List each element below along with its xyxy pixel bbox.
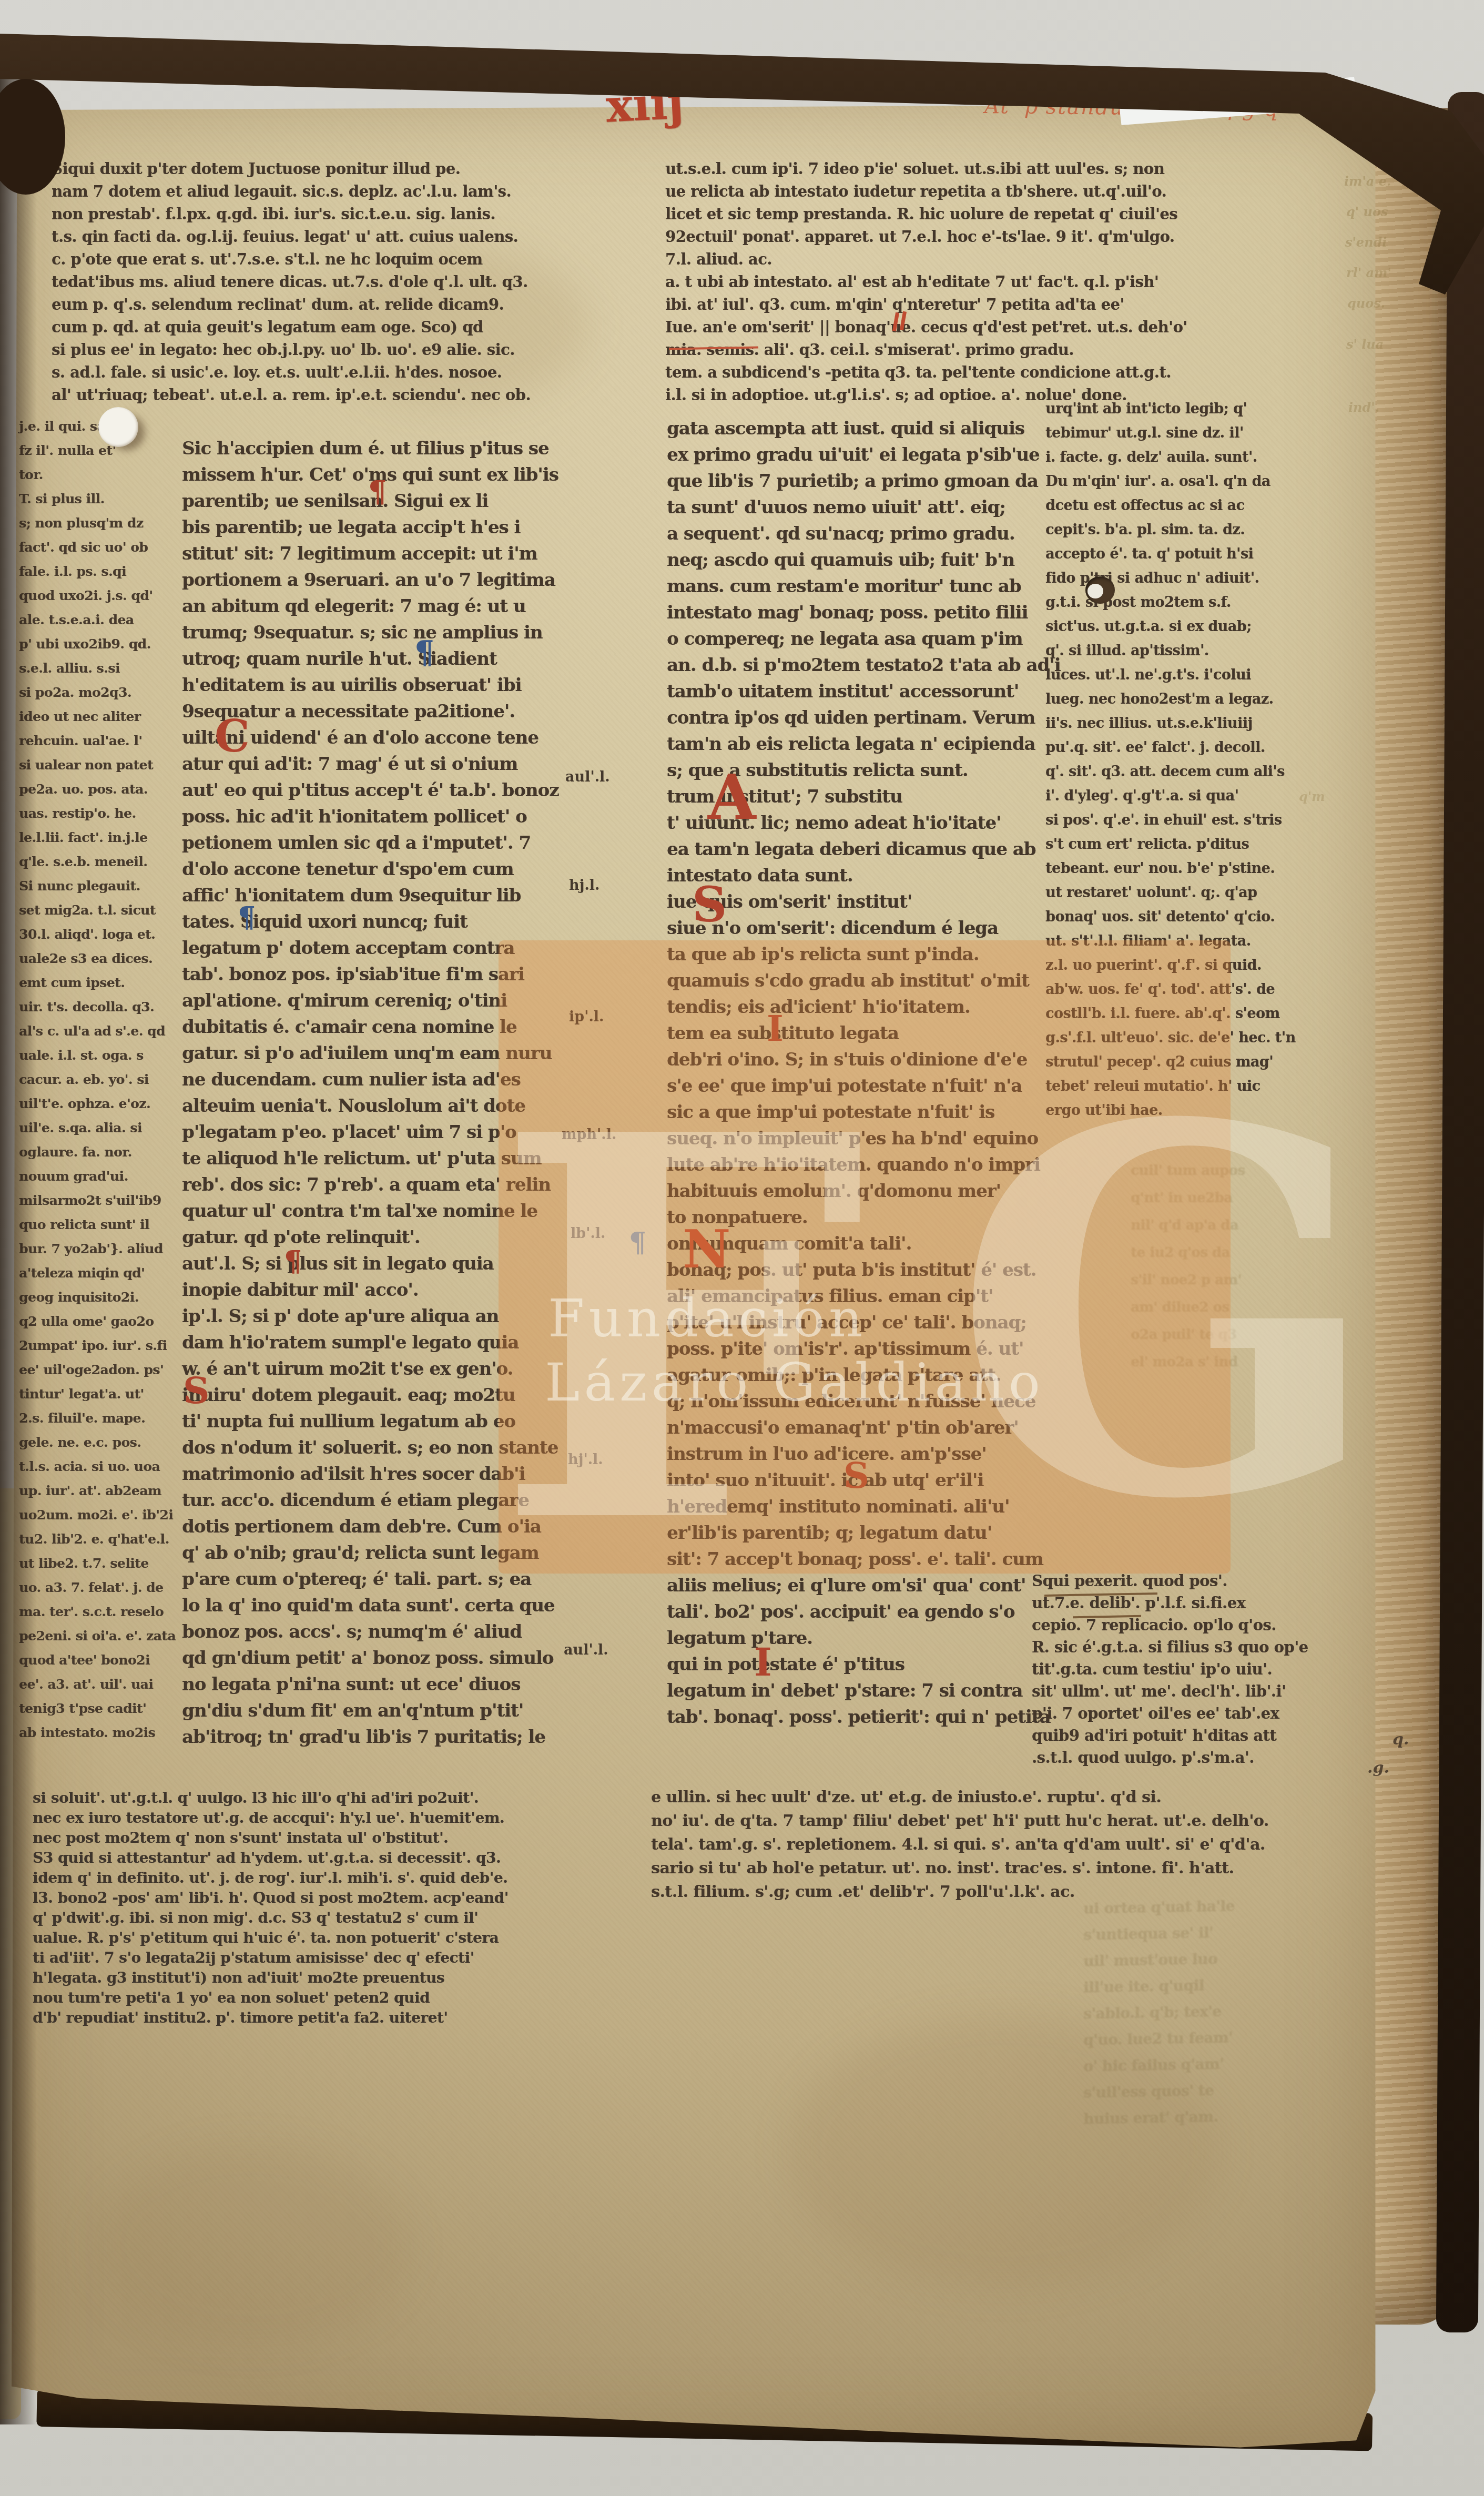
parchment-hole-small (1085, 576, 1115, 604)
manuscript-photo: xiij At' p'standus co' 7a' pg q' xiij Si… (0, 0, 1484, 2496)
left-margin-gloss-column: j.e. il qui. sa.fz il'. nulla et'tor.T. … (19, 414, 179, 1745)
bottom-left-gloss: si soluit'. ut'.g.t.l. q' uulgo. l3 hic … (33, 1788, 811, 2028)
right-gloss-column: urq'int ab int'icto legib; q'tebimur' ut… (1045, 397, 1332, 1123)
gloss-top-left: Siqui duxit p'ter dotem Juctuose ponitur… (52, 158, 556, 407)
parchment-hole (98, 407, 138, 447)
main-text-column-left: Sic h'accipien dum é. ut filius p'itus s… (182, 435, 556, 1750)
gutter-shadow (0, 79, 37, 2424)
right-ghost-showthrough: cuil' tum auposq'nt' in ue2banil' q'd ap… (1131, 1157, 1351, 1376)
pale-corner-folio-mark: xiij (1363, 109, 1392, 131)
right-squi-gloss-block: Squi pexerit. quod pos'.ut.7.e. delib'. … (1032, 1570, 1379, 1769)
main-text-column-right: gata ascempta att iust. quid si aliquise… (667, 415, 1039, 1730)
folio-number-red: xiij (604, 76, 685, 133)
parchment-stain (95, 2146, 410, 2346)
bottom-right-ghost-showthrough: ui ortea q'uat ha'les'untiequa se' il'ui… (1083, 1891, 1357, 2132)
gloss-top-right: ut.s.e.l. cum ip'i. 7 ideo p'ie' soluet.… (665, 158, 1291, 407)
